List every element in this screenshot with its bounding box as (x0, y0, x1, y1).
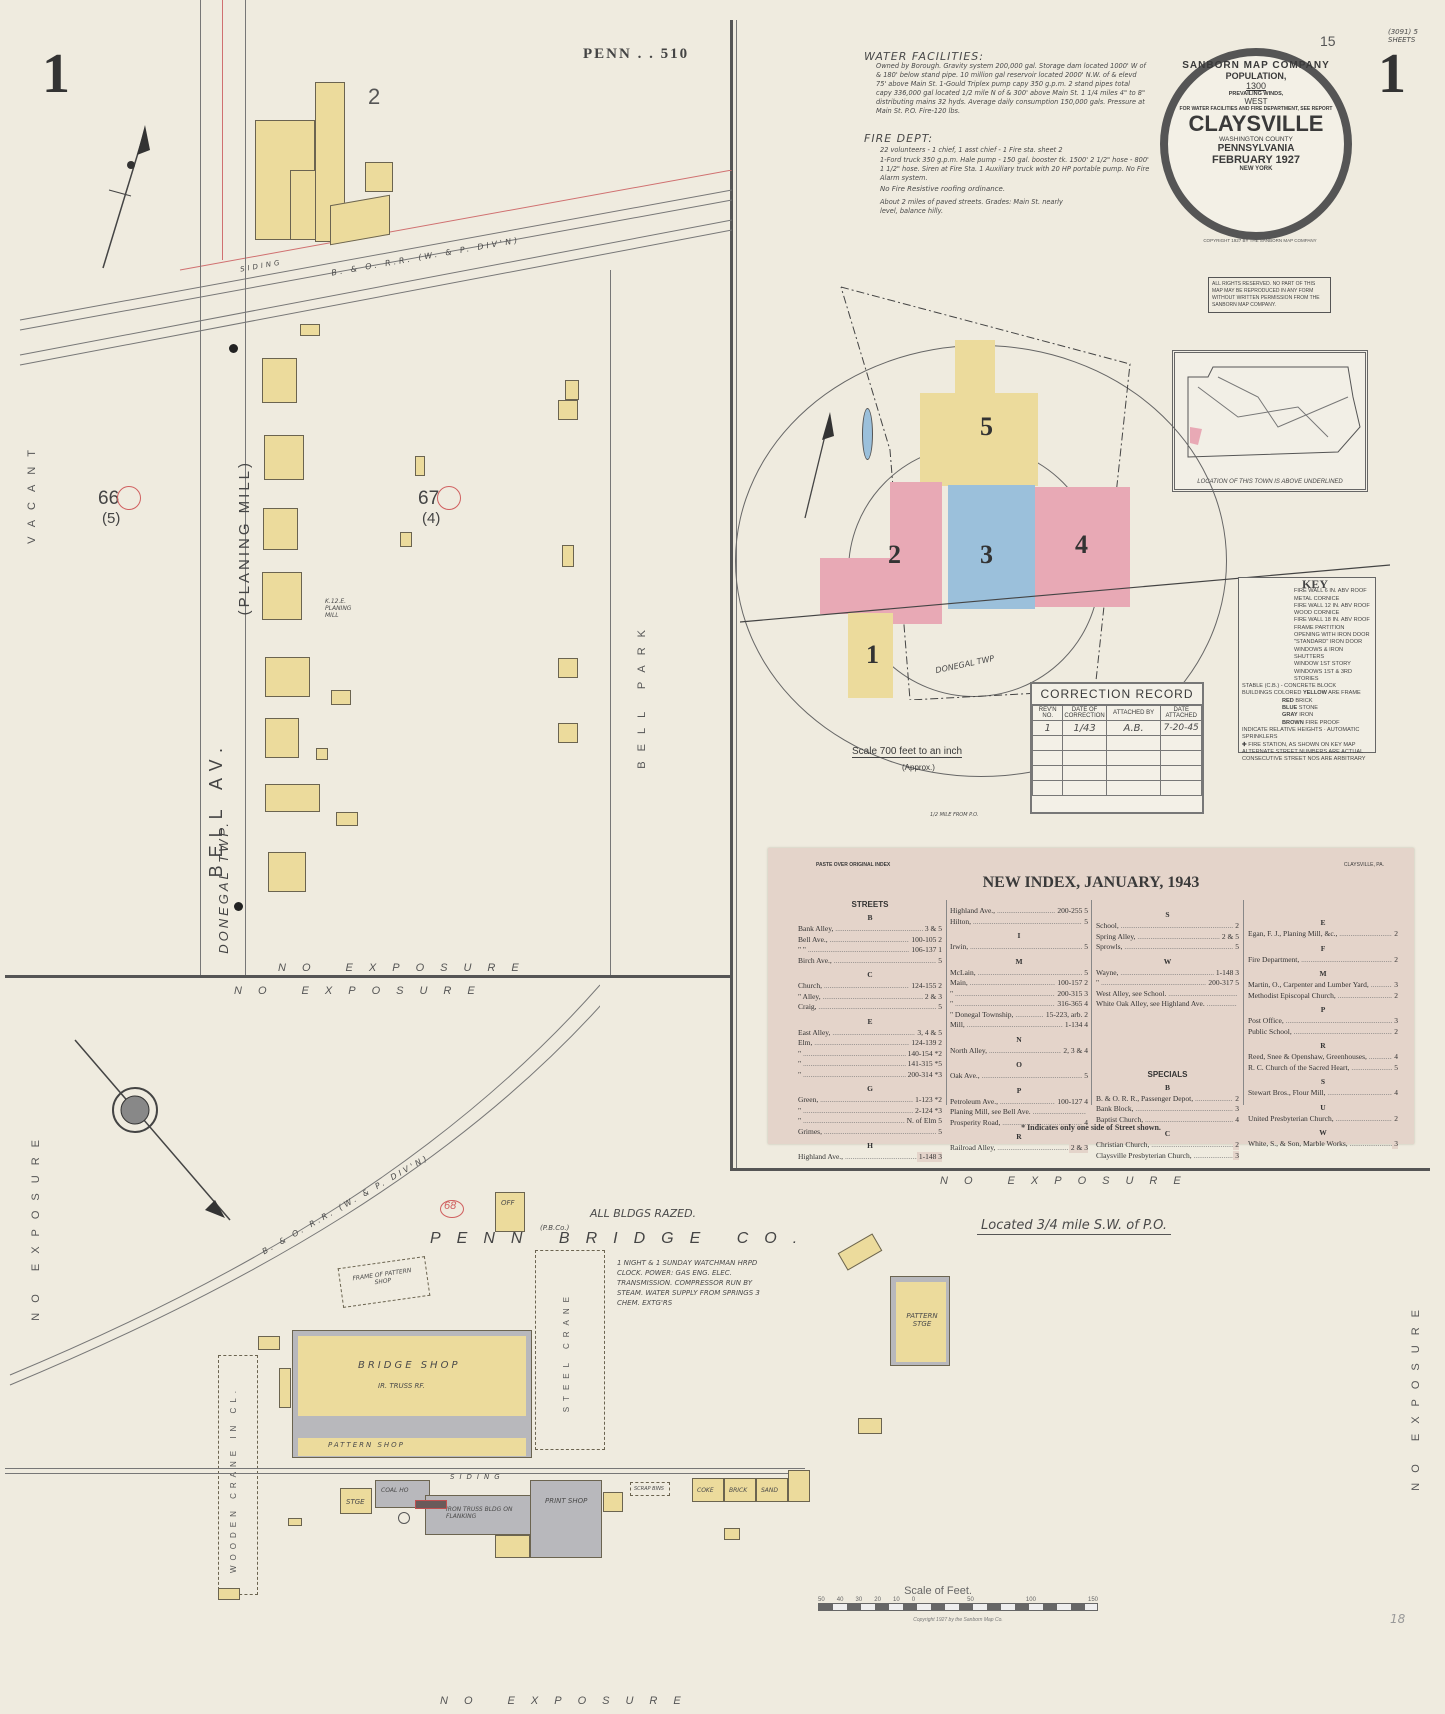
pattern-storage (838, 1233, 883, 1270)
index-entry: West Alley, see School. (1096, 989, 1239, 1000)
index-entry-sheet: 106-137 1 (909, 945, 942, 955)
index-entry-name: R. C. Church of the Sacred Heart, (1248, 1063, 1392, 1073)
index-entry-sheet: 3 (1392, 1016, 1398, 1026)
key-color-yellow: YELLOW (1303, 690, 1327, 696)
index-entry-name: Egan, F. J., Planing Mill, &c., (1248, 929, 1392, 939)
index-entry-name: Spring Alley, (1096, 932, 1220, 942)
razed-note: ALL BLDGS RAZED. (590, 1207, 696, 1220)
seal-town: CLAYSVILLE (1168, 112, 1344, 136)
outbuilding (562, 545, 574, 567)
index-entry-sheet: 124-155 2 (909, 981, 942, 991)
index-entry-sheet: 1-148 3 (1214, 968, 1239, 978)
index-entry-name: " (1096, 978, 1206, 988)
index-entry: White, S., & Son, Marble Works,3 (1248, 1139, 1398, 1150)
scrap-bins: SCRAP BINS (630, 1482, 670, 1496)
table-cell: 1 (1033, 721, 1063, 736)
print-house (603, 1492, 623, 1512)
dwelling (265, 784, 320, 812)
small-building (258, 1336, 280, 1350)
index-letter: M (1248, 969, 1398, 978)
town-note: CLAYSVILLE, PA. (1344, 862, 1384, 868)
table-header: ATTACHED BY (1106, 706, 1161, 721)
siding-track (5, 1473, 805, 1474)
gas-engine-room (415, 1500, 447, 1509)
index-entry-name: United Presbyterian Church, (1248, 1114, 1392, 1124)
index-letter: G (798, 1084, 942, 1093)
index-entry: "141-315 *5 (798, 1059, 942, 1070)
block-68-label: 68 (444, 1200, 456, 1212)
correction-record-title: CORRECTION RECORD (1032, 684, 1202, 705)
brick-shed: BRICK (724, 1478, 756, 1502)
key-color-meaning: BRICK (1295, 698, 1312, 704)
key-sheet-label-3: 3 (980, 540, 993, 570)
block-67-circle (437, 486, 461, 510)
index-entry-sheet: 2 & 5 (1220, 932, 1239, 942)
outbuilding (336, 812, 358, 826)
corner-page-number: 15 (1320, 33, 1336, 49)
bridge-shop-sub: IR. TRUSS RF. (378, 1382, 425, 1390)
index-entry-name: Wayne, (1096, 968, 1214, 978)
index-entry-sheet: 200-255 5 (1055, 906, 1088, 916)
index-entry-sheet: 2-124 *3 (913, 1106, 942, 1116)
sheet-number-left: 1 (42, 42, 70, 106)
dwelling (263, 508, 298, 550)
index-entry: Sprowls,5 (1096, 942, 1239, 953)
outbuilding (558, 400, 578, 420)
seal-population: 1300 (1168, 81, 1344, 91)
block-2-label: 2 (368, 84, 380, 110)
key-item: WINDOW 1ST STORY (1294, 661, 1372, 668)
outbuilding (565, 380, 579, 400)
index-entry: " Donegal Township,15-223, arb. 2 (950, 1010, 1088, 1021)
index-entry-sheet: 200-317 5 (1206, 978, 1239, 988)
dwelling (268, 852, 306, 892)
small-building (218, 1588, 240, 1600)
building-label: COAL HO (381, 1487, 409, 1494)
index-entry-sheet: 2 (1392, 1114, 1398, 1124)
index-entry: B. & O. R. R., Passenger Depot,2 (1096, 1094, 1239, 1105)
index-entry-sheet: 3 (1233, 1104, 1239, 1114)
index-entry-name: North Alley, (950, 1046, 1061, 1056)
table-header: REV'N NO. (1033, 706, 1063, 721)
index-entry: Craig,5 (798, 1002, 942, 1013)
index-entry-sheet: 2 (1233, 921, 1239, 931)
index-entry: "200-314 *3 (798, 1070, 942, 1081)
hydrant-icon (229, 344, 238, 353)
index-entry-sheet (1086, 1107, 1088, 1117)
correction-record: CORRECTION RECORD REV'N NO. DATE OF CORR… (1030, 682, 1204, 814)
paste-note: PASTE OVER ORIGINAL INDEX (816, 862, 890, 868)
annex-building (495, 1535, 530, 1558)
specials-heading: SPECIALS (1096, 1070, 1239, 1079)
building (365, 162, 393, 192)
fire-dept-line: About 2 miles of paved streets. Grades: … (880, 198, 1080, 216)
index-entry-name: Stewart Bros., Flour Mill, (1248, 1088, 1392, 1098)
cistern (398, 1512, 410, 1524)
index-entry-sheet: 15-223, arb. 2 (1044, 1010, 1088, 1020)
scale-graphic (818, 1603, 1098, 1611)
scale-tick: 50 (818, 1597, 825, 1603)
township-label: DONEGAL TWP. (216, 820, 231, 954)
index-letter: M (950, 957, 1088, 966)
key-sheet-label-2: 2 (888, 540, 901, 570)
index-entry-name: Highland Ave., (950, 906, 1055, 916)
block-67-sub: (4) (422, 510, 440, 527)
index-letter: I (950, 931, 1088, 940)
index-entry-sheet: 3 (1392, 980, 1398, 990)
index-entry-name: White Oak Alley, see Highland Ave. (1096, 999, 1237, 1009)
key-color-brown: BROWN (1282, 720, 1304, 726)
company-name: PENN BRIDGE CO. (430, 1230, 813, 1248)
key-color-meaning: ARE FRAME (1328, 690, 1361, 696)
corner-note: (3091) 5 SHEETS (1388, 28, 1428, 44)
water-facilities-text: Owned by Borough. Gravity system 200,000… (876, 62, 1146, 116)
index-letter: N (950, 1035, 1088, 1044)
key-items: FIRE WALL 6 IN. ABV ROOF METAL CORNICE F… (1294, 588, 1372, 683)
key-color-meaning: IRON (1299, 712, 1313, 718)
coke-shed: COKE (692, 1478, 724, 1502)
index-entry: East Alley,3, 4 & 5 (798, 1028, 942, 1039)
dwelling (265, 657, 310, 697)
index-letter: S (1096, 910, 1239, 919)
fire-station-icon: ✚ (1242, 742, 1247, 748)
index-entry-name: Christian Church, (1096, 1140, 1233, 1150)
scale-tick: 150 (1088, 1597, 1098, 1603)
index-entry-name: Planing Mill, see Bell Ave. (950, 1107, 1086, 1117)
index-letter: H (798, 1141, 942, 1150)
index-entry: Egan, F. J., Planing Mill, &c.,2 (1248, 929, 1398, 940)
key-colors-title: BUILDINGS COLORED (1242, 690, 1301, 696)
index-entry: Railroad Alley,2 & 3 (950, 1143, 1088, 1154)
index-entry-sheet: 3 (1392, 1139, 1398, 1149)
index-entry-sheet: 5 (936, 956, 942, 966)
seal-copyright: COPYRIGHT 1927 BY THE SANBORN MAP COMPAN… (1190, 238, 1330, 243)
exposure-label-left: NO EXPOSURE (30, 1130, 42, 1321)
table-row (1033, 736, 1202, 751)
office-building: OFF (495, 1192, 525, 1232)
steel-crane-label: STEEL CRANE (562, 1291, 571, 1412)
seal-winds: WEST (1168, 97, 1344, 106)
index-entry-sheet: 316-365 4 (1055, 999, 1088, 1009)
index-entry-sheet: 2 & 3 (1069, 1143, 1088, 1153)
key-legend: KEY FIRE WALL 6 IN. ABV ROOF METAL CORNI… (1238, 577, 1376, 753)
pattern-shop-label: PATTERN SHOP (328, 1441, 405, 1449)
index-entry-name: East Alley, (798, 1028, 915, 1038)
index-entry: North Alley,2, 3 & 4 (950, 1046, 1088, 1057)
key-item: FIRE WALL 12 IN. ABV ROOF (1294, 603, 1372, 610)
index-entry-sheet: 2 (1392, 991, 1398, 1001)
scale-copyright: Copyright 1927 by the Sanborn Map Co. (818, 1617, 1098, 1623)
outbuilding (400, 532, 412, 547)
index-entry-sheet: 2 (1392, 955, 1398, 965)
index-entry: "2-124 *3 (798, 1106, 942, 1117)
key-item: WOOD CORNICE (1294, 610, 1372, 617)
index-letter: B (1096, 1083, 1239, 1092)
siding-track (5, 1468, 805, 1469)
index-entry-name: Fire Department, (1248, 955, 1392, 965)
key-sheet-5-north (955, 340, 995, 395)
key-color-row: BROWN FIRE PROOF (1282, 720, 1372, 727)
index-entry: Birch Ave.,5 (798, 956, 942, 967)
index-entry: " Alley,2 & 3 (798, 992, 942, 1003)
key-item: WINDOWS 1ST & 3RD STORIES (1294, 669, 1372, 684)
new-index-sheet: PASTE OVER ORIGINAL INDEX CLAYSVILLE, PA… (768, 848, 1414, 1144)
index-entry-sheet: 1-123 *2 (913, 1095, 942, 1105)
index-entry-name: Highland Ave., (798, 1152, 917, 1162)
building-label: BRICK (729, 1487, 747, 1494)
wc (724, 1528, 740, 1540)
scale-tick: 30 (856, 1597, 863, 1603)
index-entry-sheet: 2 (1233, 1140, 1239, 1150)
index-letter: E (798, 1017, 942, 1026)
index-letter: R (950, 1132, 1088, 1141)
index-entry-name: " (798, 1049, 906, 1059)
index-entry: Post Office,3 (1248, 1016, 1398, 1027)
frame-pattern-label: FRAME OF PATTERN SHOP (352, 1267, 413, 1289)
building-label: STGE (346, 1498, 365, 1506)
seal-state: PENNSYLVANIA (1168, 143, 1344, 154)
key-item: FIRE WALL 18 IN. ABV ROOF (1294, 617, 1372, 624)
index-entry-name: West Alley, see School. (1096, 989, 1237, 999)
index-entry-sheet: 2, 3 & 4 (1061, 1046, 1088, 1056)
index-title: NEW INDEX, JANUARY, 1943 (768, 874, 1414, 892)
steel-crane: STEEL CRANE (535, 1250, 605, 1450)
index-entry-sheet: 5 (1082, 942, 1088, 952)
exposure-label-right: NO EXPOSURE (1410, 1300, 1422, 1491)
index-entry: Bank Block,3 (1096, 1104, 1239, 1115)
scale-tick: 10 (893, 1597, 900, 1603)
print-shop: PRINT SHOP (530, 1480, 602, 1558)
seal-date: FEBRUARY 1927 (1168, 154, 1344, 166)
index-entry: Church,124-155 2 (798, 981, 942, 992)
exposure-label: NO EXPOSURE (278, 962, 535, 974)
bridge-shop-label: BRIDGE SHOP (358, 1360, 460, 1371)
seal-county: WASHINGTON COUNTY (1168, 136, 1344, 143)
key-item: FIRE WALL 6 IN. ABV ROOF (1294, 588, 1372, 595)
index-entry-name: Birch Ave., (798, 956, 936, 966)
index-letter: U (1248, 1103, 1398, 1112)
index-entry: McLain,5 (950, 968, 1088, 979)
building-label: PRINT SHOP (545, 1497, 587, 1505)
key-fire-station-label: FIRE STATION, AS SHOWN ON KEY MAP (1248, 742, 1355, 748)
index-entry-name: Green, (798, 1095, 913, 1105)
outbuilding (558, 723, 578, 743)
index-column-streets-2: Highland Ave.,200-255 5Hilton,5IIrwin,5M… (950, 906, 1088, 1154)
index-entry: Reed, Snee & Openshaw, Greenhouses,4 (1248, 1052, 1398, 1063)
building-label: COKE (697, 1487, 714, 1494)
table-row: 1 1/43 A.B. 7-20-45 (1033, 721, 1202, 736)
index-entry-name: " Donegal Township, (950, 1010, 1044, 1020)
index-footnote: * Indicates only one side of Street show… (768, 1123, 1414, 1132)
index-entry-sheet: 5 (1082, 1071, 1088, 1081)
index-entry-sheet: 1-134 4 (1063, 1020, 1088, 1030)
index-entry: Martin, O., Carpenter and Lumber Yard,3 (1248, 980, 1398, 991)
pattern-storage-large: PATTERN STGE (890, 1276, 950, 1366)
key-title: KEY (1302, 581, 1372, 588)
index-entry-sheet: 5 (1082, 917, 1088, 927)
index-entry: Methodist Episcopal Church,2 (1248, 991, 1398, 1002)
scale-tick: 50 (967, 1597, 974, 1603)
key-map-scale: Scale 700 feet to an inch (852, 746, 962, 758)
index-entry: Planing Mill, see Bell Ave. (950, 1107, 1088, 1118)
index-entry: Green,1-123 *2 (798, 1095, 942, 1106)
key-sheet-label-1: 1 (866, 640, 879, 670)
index-entry: R. C. Church of the Sacred Heart,5 (1248, 1063, 1398, 1074)
index-entry: School,2 (1096, 921, 1239, 932)
scale-tick: 40 (837, 1597, 844, 1603)
key-colors-row: BUILDINGS COLORED YELLOW ARE FRAME (1242, 690, 1372, 697)
planing-mill-note: K.12.E. PLANING MILL (325, 598, 365, 619)
pattern-storage-inner: PATTERN STGE (896, 1282, 946, 1362)
index-letter: W (1096, 957, 1239, 966)
index-entry-name: " (950, 999, 1055, 1009)
key-color-red: RED (1282, 698, 1294, 704)
key-heights: INDICATE RELATIVE HEIGHTS (1242, 727, 1322, 733)
table-cell: A.B. (1106, 721, 1161, 736)
column-separator (1091, 900, 1092, 1105)
index-entry-sheet: 141-315 *5 (906, 1059, 942, 1069)
dwelling (262, 358, 297, 403)
key-fire-station: ✚ FIRE STATION, AS SHOWN ON KEY MAP (1242, 742, 1372, 749)
scale-title: Scale of Feet. (778, 1585, 1098, 1597)
index-entry-name: Martin, O., Carpenter and Lumber Yard, (1248, 980, 1392, 990)
index-entry-sheet: 100-105 2 (909, 935, 942, 945)
bell-avenue-limit-line (222, 0, 223, 260)
key-heights-row: INDICATE RELATIVE HEIGHTS · AUTOMATIC SP… (1242, 727, 1372, 742)
index-entry-sheet: 124-139 2 (909, 1038, 942, 1048)
page-header: PENN . . 510 (583, 46, 689, 63)
index-entry: Claysville Presbyterian Church,3 (1096, 1151, 1239, 1162)
index-entry-name: School, (1096, 921, 1233, 931)
key-note: ALTERNATE STREET NUMBERS ARE ACTUAL (1242, 749, 1372, 756)
index-entry: Irwin,5 (950, 942, 1088, 953)
wooden-crane: WOODEN CRANE IN CL. (218, 1355, 258, 1595)
seal-population-label: POPULATION, (1168, 71, 1344, 81)
index-entry-name: Bell Ave., (798, 935, 909, 945)
scale-bar: Scale of Feet. 50 40 30 20 10 0 50 100 1… (818, 1585, 1098, 1623)
sand-shed: SAND (756, 1478, 788, 1502)
index-entry-name: Post Office, (1248, 1016, 1392, 1026)
building-label: SAND (761, 1487, 778, 1494)
exposure-label: NO EXPOSURE (440, 1695, 697, 1707)
index-entry-name: Methodist Episcopal Church, (1248, 991, 1392, 1001)
index-letter: R (1248, 1041, 1398, 1050)
index-entry-sheet: 4 (1392, 1088, 1398, 1098)
index-entry: Oak Ave.,5 (950, 1071, 1088, 1082)
index-entry-sheet: 2 (1392, 929, 1398, 939)
index-entry-sheet: 1-148 3 (917, 1152, 942, 1162)
index-entry-sheet: 3 & 5 (923, 924, 942, 934)
index-letter: C (798, 970, 942, 979)
index-entry-name: " Alley, (798, 992, 923, 1002)
index-entry-name: " (798, 1106, 913, 1116)
index-entry-sheet: 2 (1392, 1027, 1398, 1037)
bottom-right-note: 18 (1390, 1612, 1405, 1626)
key-color-row: RED BRICK (1282, 698, 1372, 705)
office-label: OFF (501, 1199, 515, 1207)
index-letter: F (1248, 944, 1398, 953)
index-entry-name: " (798, 1070, 906, 1080)
outbuilding (300, 324, 320, 336)
seal-company: SANBORN MAP COMPANY (1168, 60, 1344, 71)
outbuilding (331, 690, 351, 705)
sheet-number-right: 1 (1378, 42, 1406, 106)
index-entry: Highland Ave.,1-148 3 (798, 1152, 942, 1163)
storage-building: STGE (340, 1488, 372, 1514)
index-entry-name: Hilton, (950, 917, 1082, 927)
index-entry-name: Bank Block, (1096, 1104, 1233, 1114)
dwelling (262, 572, 302, 620)
index-entry: Spring Alley,2 & 5 (1096, 932, 1239, 943)
key-note: CONSECUTIVE STREET NOS ARE ARBITRARY (1242, 756, 1372, 763)
vertical-divider-inner (736, 20, 737, 1170)
index-entry-sheet: 100-157 2 (1055, 978, 1088, 988)
map-sheet: 1 1 PENN . . 510 15 (3091) 5 SHEETS 18 B… (0, 0, 1445, 1714)
hydrant-icon (234, 902, 243, 911)
location-note: Located 3/4 mile S.W. of P.O. (977, 1218, 1171, 1235)
index-entry-name: Mill, (950, 1020, 1063, 1030)
index-entry: Highland Ave.,200-255 5 (950, 906, 1088, 917)
fire-dept-line: 22 volunteers - 1 chief, 1 asst chief - … (880, 146, 1150, 154)
building-label: PATTERN STGE (902, 1312, 942, 1328)
index-entry-name: Public School, (1248, 1027, 1392, 1037)
index-entry-sheet: 2 & 3 (923, 992, 942, 1002)
table-cell: 1/43 (1063, 721, 1106, 736)
rights-notice: ALL RIGHTS RESERVED. NO PART OF THIS MAP… (1208, 277, 1331, 313)
key-item: STABLE (C.B.) - CONCRETE BLOCK (1242, 683, 1372, 690)
table-header-row: REV'N NO. DATE OF CORRECTION ATTACHED BY… (1033, 706, 1202, 721)
index-entry: "200-315 3 (950, 989, 1088, 1000)
index-entry-sheet: 200-315 3 (1055, 989, 1088, 999)
index-entry: Christian Church,2 (1096, 1140, 1239, 1151)
index-letter: P (950, 1086, 1088, 1095)
index-entry: Petroleum Ave.,100-127 4 (950, 1097, 1088, 1108)
index-entry: Stewart Bros., Flour Mill,4 (1248, 1088, 1398, 1099)
index-entry-sheet: 3, 4 & 5 (915, 1028, 942, 1038)
exposure-label: NO EXPOSURE (940, 1175, 1197, 1187)
block-66-label: 66 (98, 488, 119, 510)
index-entry-sheet: 2 (1233, 1094, 1239, 1104)
outbuilding (415, 456, 425, 476)
table-row (1033, 766, 1202, 781)
index-entry-sheet: 100-127 4 (1055, 1097, 1088, 1107)
table-header: DATE ATTACHED (1161, 706, 1202, 721)
key-item: METAL CORNICE (1294, 596, 1372, 603)
title-seal: SANBORN MAP COMPANY POPULATION, 1300 PRE… (1160, 48, 1352, 240)
reservoir (862, 408, 873, 460)
bridge-shop: BRIDGE SHOP IR. TRUSS RF. (298, 1336, 526, 1416)
table-header: DATE OF CORRECTION (1063, 706, 1106, 721)
index-letter: O (950, 1060, 1088, 1069)
key-sheet-5 (920, 393, 1038, 486)
index-entry: Bank Alley,3 & 5 (798, 924, 942, 935)
index-entry-name: Oak Ave., (950, 1071, 1082, 1081)
index-entry: Bell Ave.,100-105 2 (798, 935, 942, 946)
index-entry-name: Sprowls, (1096, 942, 1233, 952)
pattern-shed (858, 1418, 882, 1434)
index-entry: White Oak Alley, see Highland Ave. (1096, 999, 1239, 1010)
index-entry: "200-317 5 (1096, 978, 1239, 989)
key-sheet-label-5: 5 (980, 412, 993, 442)
index-entry-sheet: 5 (1233, 942, 1239, 952)
fire-dept-line: No Fire Resistive roofing ordinance. (880, 185, 1150, 193)
pennsylvania-outline-icon (1178, 357, 1362, 467)
index-entry-name: Bank Alley, (798, 924, 923, 934)
index-entry: "316-365 4 (950, 999, 1088, 1010)
index-entry-name: Irwin, (950, 942, 1082, 952)
key-color-row: GRAY IRON (1282, 712, 1372, 719)
index-entry: Main,100-157 2 (950, 978, 1088, 989)
